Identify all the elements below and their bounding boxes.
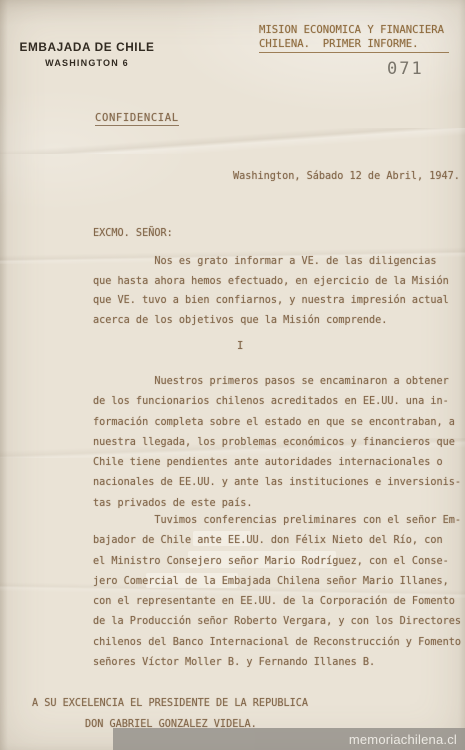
- dateline: Washington, Sábado 12 de Abril, 1947.: [233, 171, 460, 182]
- mission-reference-stamp: MISION ECONOMICA Y FINANCIERA CHILENA. P…: [259, 24, 449, 53]
- archive-page-number: 071: [387, 59, 424, 79]
- text-line: bajador de Chile ante EE.UU. don Félix N…: [93, 531, 465, 551]
- text-line: Tuvimos conferencias preliminares con el…: [93, 511, 465, 531]
- text-line: nuestra llegada, los problemas económico…: [93, 433, 465, 453]
- section-heading: I: [237, 340, 243, 352]
- text-line: con el representante en EE.UU. de la Cor…: [93, 592, 465, 612]
- salutation: EXCMO. SEÑOR:: [93, 228, 173, 239]
- paragraph-2: Nuestros primeros pasos se encaminaron a…: [93, 372, 465, 514]
- text-line: señores Víctor Moller B. y Fernando Illa…: [93, 653, 465, 673]
- embassy-name: EMBAJADA DE CHILE: [12, 40, 162, 54]
- paper-crease: [0, 128, 465, 154]
- text-line: formación completa sobre el estado en qu…: [93, 413, 465, 433]
- text-line: chilenos del Banco Internacional de Reco…: [93, 633, 465, 653]
- text-line: el Ministro Consejero señor Mario Rodríg…: [93, 552, 465, 572]
- text-line: de la Producción señor Roberto Vergara, …: [93, 612, 465, 632]
- text-line: acerca de los objetivos que la Misión co…: [93, 311, 465, 331]
- paragraph-3: Tuvimos conferencias preliminares con el…: [93, 511, 465, 673]
- embassy-letterhead: EMBAJADA DE CHILE WASHINGTON 6: [12, 40, 162, 68]
- text-line: Chile tiene pendientes ante autoridades …: [93, 453, 465, 473]
- classification-label: CONFIDENCIAL: [95, 112, 179, 126]
- stamp-line-1: MISION ECONOMICA Y FINANCIERA: [259, 24, 449, 38]
- text-line: que hasta ahora hemos efectuado, en ejer…: [93, 272, 465, 292]
- embassy-city: WASHINGTON 6: [12, 58, 162, 68]
- text-line: jero Comercial de la Embajada Chilena se…: [93, 572, 465, 592]
- text-line: nacionales de EE.UU. y ante las instituc…: [93, 473, 465, 493]
- text-line: Nuestros primeros pasos se encaminaron a…: [93, 372, 465, 392]
- stamp-line-2: CHILENA. PRIMER INFORME.: [259, 38, 449, 54]
- text-line: que VE. tuvo a bien confiarnos, y nuestr…: [93, 291, 465, 311]
- text-line: Nos es grato informar a VE. de las dilig…: [93, 252, 465, 272]
- addressee-title: A SU EXCELENCIA EL PRESIDENTE DE LA REPU…: [32, 698, 308, 709]
- paragraph-1: Nos es grato informar a VE. de las dilig…: [93, 252, 465, 330]
- scanned-letter-page: EMBAJADA DE CHILE WASHINGTON 6 MISION EC…: [0, 0, 465, 750]
- archive-watermark-text: memoriachilena.cl: [349, 732, 465, 747]
- text-line: de los funcionarios chilenos acreditados…: [93, 392, 465, 412]
- archive-watermark-bar: memoriachilena.cl: [113, 728, 465, 750]
